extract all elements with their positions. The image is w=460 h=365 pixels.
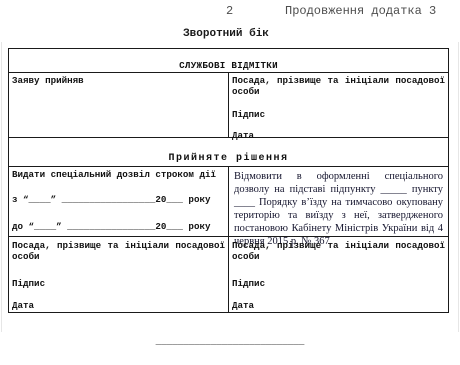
cell-grant-permit: Видати спеціальний дозвіл строком дії з … [9,167,229,236]
date-label: Дата [232,130,445,141]
grant-permit-date-to-blank: до “____” ________________20___ року [12,221,225,232]
section-header-decision: Прийняте рішення [9,138,448,167]
bottom-signature-line: ___________________________ [0,336,460,347]
row-decision-officials: Посада, прізвище та ініціали посадової о… [9,237,448,312]
page-title: Зворотний бік [0,28,452,40]
page-header: 2 Продовження додатка 3 [0,5,460,19]
service-marks-header-label: СЛУЖБОВІ ВІДМІТКИ [179,60,278,71]
signature-label: Підпис [232,278,445,289]
official-position-label: Посада, прізвище та ініціали посадової о… [232,240,445,262]
section-header-service-marks: СЛУЖБОВІ ВІДМІТКИ [9,49,448,73]
application-received-label: Заяву прийняв [12,75,84,86]
cell-decision-official-left: Посада, прізвище та ініціали посадової о… [9,237,229,312]
page-number: 2 [226,5,233,17]
row-application-received: Заяву прийняв Посада, прізвище та ініціа… [9,73,448,138]
row-decision: Видати спеціальний дозвіл строком дії з … [9,167,448,237]
cell-refusal: Відмовити в оформленні спеціального дозв… [229,167,448,236]
cell-decision-official-right: Посада, прізвище та ініціали посадової о… [229,237,448,312]
grant-permit-date-from-blank: з “____” _________________20___ року [12,194,225,205]
cell-received-official: Посада, прізвище та ініціали посадової о… [229,73,448,137]
grant-permit-line1: Видати спеціальний дозвіл строком дії [12,169,225,180]
signature-label: Підпис [232,109,445,120]
official-position-label: Посада, прізвище та ініціали посадової о… [232,75,445,97]
cell-application-received: Заяву прийняв [9,73,229,137]
decision-header-label: Прийняте рішення [168,153,288,164]
service-marks-table: СЛУЖБОВІ ВІДМІТКИ Заяву прийняв Посада, … [8,48,449,313]
page-edge-right [458,42,459,332]
official-position-label: Посада, прізвище та ініціали посадової о… [12,240,225,262]
continuation-note: Продовження додатка 3 [285,5,436,17]
date-label: Дата [232,300,445,311]
signature-label: Підпис [12,278,225,289]
date-label: Дата [12,300,225,311]
page-edge-left [1,42,2,332]
